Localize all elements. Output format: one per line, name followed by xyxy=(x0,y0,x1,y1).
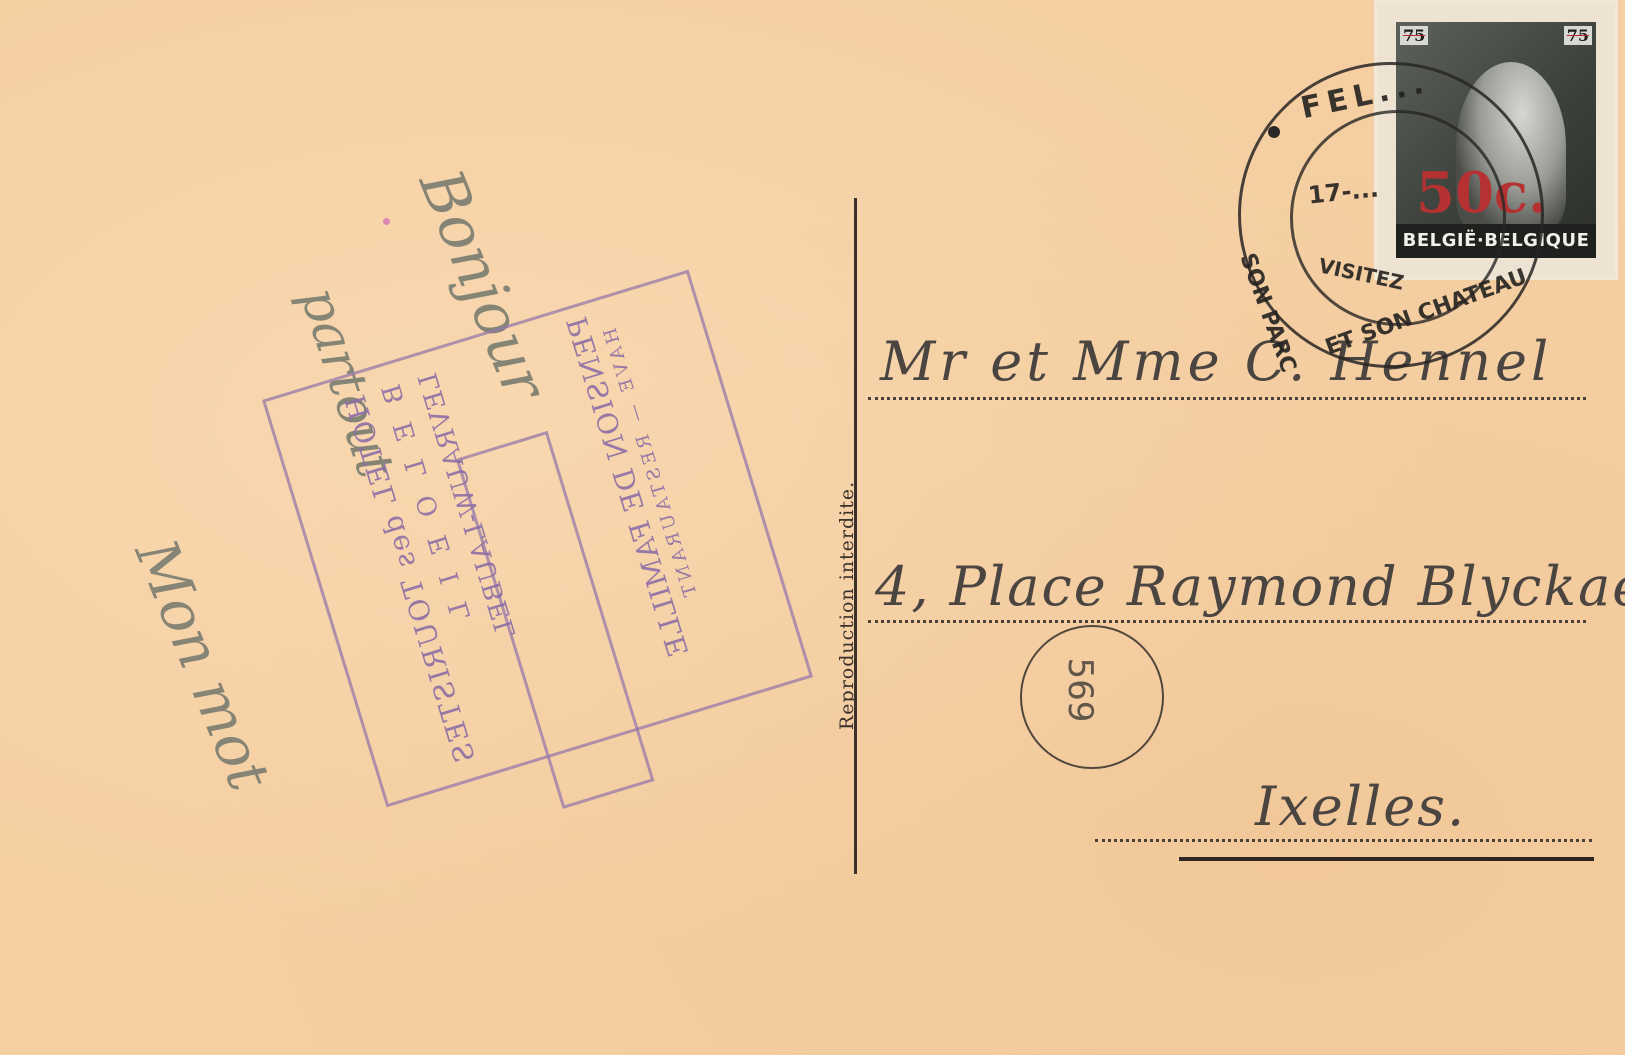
ink-spot xyxy=(383,218,390,225)
address-underline-bar xyxy=(1179,857,1594,861)
receiving-mark-number: 569 xyxy=(1060,655,1100,725)
pencil-note: Mon mot xyxy=(122,530,284,800)
address-street: 4, Place Raymond Blyckaert xyxy=(875,555,1625,618)
stamp-old-value: 75 xyxy=(1400,26,1428,45)
reproduction-notice: Reproduction interdite. xyxy=(836,481,858,730)
postmark-dot xyxy=(1268,126,1280,138)
address-city: Ixelles. xyxy=(1255,775,1466,838)
postcard: Bonjour partout Mon mot HOTEL des TOURIS… xyxy=(0,0,1625,1055)
stamp-old-value: 75 xyxy=(1564,26,1592,45)
address-dotted-line xyxy=(868,397,1586,400)
address-dotted-line xyxy=(868,620,1586,623)
address-dotted-line xyxy=(1095,839,1592,842)
